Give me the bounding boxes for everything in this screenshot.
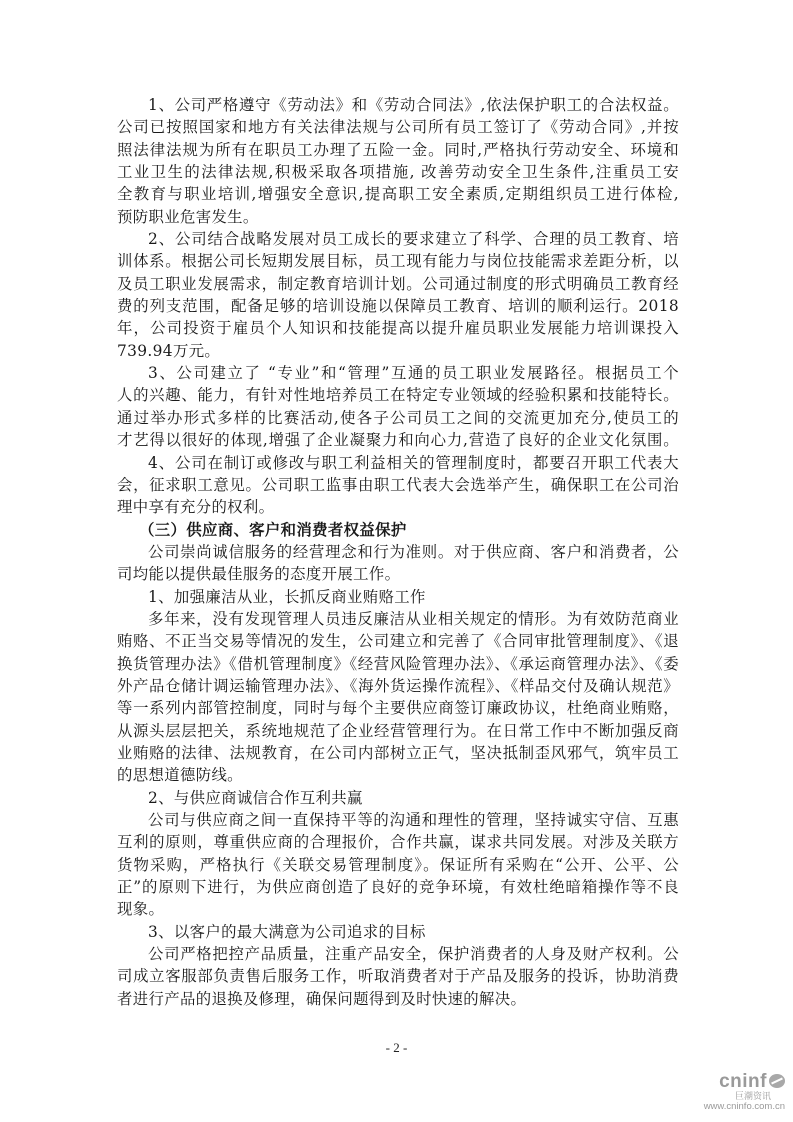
document-page: 1、公司严格遵守《劳动法》和《劳动合同法》,依法保护职工的合法权益。公司已按照国… bbox=[0, 0, 793, 1122]
text-line: 货物采购，严格执行《关联交易管理制度》。保证所有采购在“公开、公平、公 bbox=[117, 854, 679, 876]
text-line: 外产品仓储计调运输管理办法》、《海外货运操作流程》、《样品交付及确认规范》 bbox=[117, 675, 679, 697]
text-line: 人的兴趣、能力，有针对性地培养员工在特定专业领域的经验积累和技能特长。 bbox=[117, 384, 679, 406]
text-line: 会，征求职工意见。公司职工监事由职工代表大会选举产生，确保职工在公司治 bbox=[117, 474, 679, 496]
text-line: 的思想道德防线。 bbox=[117, 764, 679, 786]
text-line: 公司严格把控产品质量，注重产品安全，保护消费者的人身及财产权利。公 bbox=[117, 943, 679, 965]
text-line: 及员工职业发展需求，制定教育培训计划。公司通过制度的形式明确员工教育经 bbox=[117, 273, 679, 295]
text-line: 换货管理办法》《借机管理制度》《经营风险管理办法》、《承运商管理办法》、《委 bbox=[117, 653, 679, 675]
text-line: 司成立客服部负责售后服务工作，听取消费者对于产品及服务的投诉，协助消费 bbox=[117, 965, 679, 987]
text-line: 贿赂、不正当交易等情况的发生，公司建立和完善了《合同审批管理制度》、《退 bbox=[117, 630, 679, 652]
text-line: 理中享有充分的权利。 bbox=[117, 496, 679, 518]
cninfo-watermark: cninf 巨潮资讯 www.cninfo.com.cn bbox=[704, 1073, 785, 1112]
cninfo-brand-text: cninf bbox=[719, 1071, 767, 1092]
text-line: 现象。 bbox=[117, 898, 679, 920]
text-line: 预防职业危害发生。 bbox=[117, 206, 679, 228]
text-line: 全教育与职业培训,增强安全意识,提高职工安全素质,定期组织员工进行体检, bbox=[117, 183, 679, 205]
page-number: - 2 - bbox=[0, 1040, 793, 1056]
document-body: 1、公司严格遵守《劳动法》和《劳动合同法》,依法保护职工的合法权益。公司已按照国… bbox=[117, 94, 679, 1010]
text-line: 通过举办形式多样的比赛活动,使各子公司员工之间的交流更加充分,使员工的 bbox=[117, 407, 679, 429]
text-line: 司均能以提供最佳服务的态度开展工作。 bbox=[117, 563, 679, 585]
text-line: 工业卫生的法律法规,积极采取各项措施, 改善劳动安全卫生条件,注重员工安 bbox=[117, 161, 679, 183]
text-line: 互利的原则，尊重供应商的合理报价，合作共赢，谋求共同发展。对涉及关联方 bbox=[117, 831, 679, 853]
text-line: 公司崇尚诚信服务的经营理念和行为准则。对于供应商、客户和消费者，公 bbox=[117, 541, 679, 563]
cninfo-logo: cninf bbox=[704, 1073, 785, 1091]
text-line: 从源头层层把关，系统地规范了企业经营管理行为。在日常工作中不断加强反商 bbox=[117, 720, 679, 742]
text-line: 者进行产品的退换及修理，确保问题得到及时快速的解决。 bbox=[117, 988, 679, 1010]
text-line: 2、公司结合战略发展对员工成长的要求建立了科学、合理的员工教育、培 bbox=[117, 228, 679, 250]
text-line: 照法律法规为所有在职员工办理了五险一金。同时,严格执行劳动安全、环境和 bbox=[117, 139, 679, 161]
cninfo-chinese-name: 巨潮资讯 bbox=[704, 1091, 771, 1101]
text-line: 费的列支范围，配备足够的培训设施以保障员工教育、培训的顺利运行。2018 bbox=[117, 295, 679, 317]
text-line: 739.94万元。 bbox=[117, 340, 679, 362]
text-line: 1、公司严格遵守《劳动法》和《劳动合同法》,依法保护职工的合法权益。 bbox=[117, 94, 679, 116]
text-line: 公司与供应商之间一直保持平等的沟通和理性的管理，坚持诚实守信、互惠 bbox=[117, 809, 679, 831]
section-heading: （三）供应商、客户和消费者权益保护 bbox=[117, 519, 679, 541]
text-line: 多年来，没有发现管理人员违反廉洁从业相关规定的情形。为有效防范商业 bbox=[117, 608, 679, 630]
text-line: 2、与供应商诚信合作互利共赢 bbox=[117, 787, 679, 809]
cninfo-swirl-icon bbox=[769, 1074, 785, 1088]
text-line: 3、公司建立了 “专业”和“管理”互通的员工职业发展路径。根据员工个 bbox=[117, 362, 679, 384]
text-line: 训体系。根据公司长短期发展目标，员工现有能力与岗位技能需求差距分析，以 bbox=[117, 250, 679, 272]
text-line: 等一系列内部管控制度，同时与每个主要供应商签订廉政协议，杜绝商业贿赂， bbox=[117, 697, 679, 719]
text-line: 公司已按照国家和地方有关法律法规与公司所有员工签订了《劳动合同》,并按 bbox=[117, 116, 679, 138]
text-line: 才艺得以很好的体现,增强了企业凝聚力和向心力,营造了良好的企业文化氛围。 bbox=[117, 429, 679, 451]
cninfo-url: www.cninfo.com.cn bbox=[704, 1101, 785, 1112]
text-line: 年，公司投资于雇员个人知识和技能提高以提升雇员职业发展能力培训课投入 bbox=[117, 317, 679, 339]
text-line: 3、以客户的最大满意为公司追求的目标 bbox=[117, 921, 679, 943]
text-line: 正”的原则下进行，为供应商创造了良好的竞争环境，有效杜绝暗箱操作等不良 bbox=[117, 876, 679, 898]
text-line: 业贿赂的法律、法规教育，在公司内部树立正气，坚决抵制歪风邪气，筑牢员工 bbox=[117, 742, 679, 764]
text-line: 1、加强廉洁从业，长抓反商业贿赂工作 bbox=[117, 586, 679, 608]
text-line: 4、公司在制订或修改与职工利益相关的管理制度时，都要召开职工代表大 bbox=[117, 452, 679, 474]
